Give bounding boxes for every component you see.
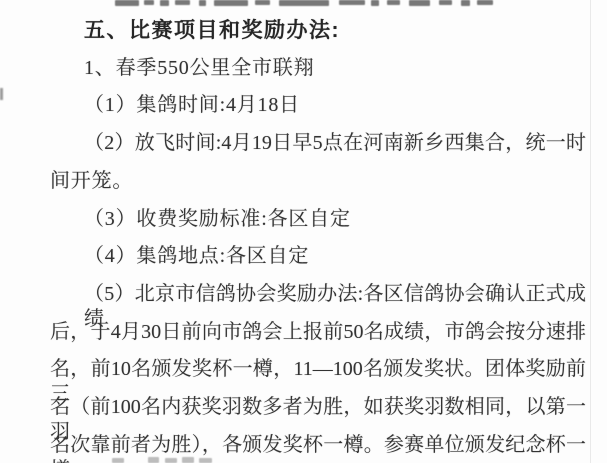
text-fragment [199,0,206,6]
scan-artifact-speck [0,88,3,100]
item-2-continuation: 间开笼。 [50,169,586,195]
item-2-release-time: （2）放飞时间:4月19日早5点在河南新乡西集合，统一时 [50,131,586,157]
text-fragment [214,0,248,6]
text-fragment [477,0,493,5]
race-title-line: 1、春季550公里全市联翔 [50,56,586,82]
item-5-continuation-1: 后，于4月30日前向市鸽会上报前50名成绩，市鸽会按分速排 [50,320,586,346]
text-fragment [175,0,190,5]
item-1-collection-time: （1）集鸽时间:4月18日 [50,93,586,119]
text-fragment [165,458,177,463]
text-fragment [339,0,365,5]
text-fragment [387,0,400,5]
text-fragment [112,458,124,463]
item-5-continuation-2: 名，前10名颁发奖杯一樽，11—100名颁发奖状。团体奖励前三 [50,357,586,383]
item-5-award-rules: （5）北京市信鸽协会奖励办法:各区信鸽协会确认正式成绩 [50,282,586,308]
text-fragment [439,0,452,5]
item-3-fee-standard: （3）收费奖励标准:各区自定 [50,207,586,233]
section-heading: 五、比赛项目和奖励办法: [50,18,586,44]
text-fragment [182,457,194,463]
text-fragment [255,0,270,5]
clipped-next-line-fragments [0,456,607,463]
item-4-collection-place: （4）集鸽地点:各区自定 [50,244,586,270]
scanned-document-page: 五、比赛项目和奖励办法: 1、春季550公里全市联翔 （1）集鸽时间:4月18日… [0,0,607,463]
text-fragment [279,0,329,6]
text-fragment [115,0,139,6]
text-fragment [409,0,430,6]
clipped-previous-line-fragments [0,0,607,9]
text-fragment [371,0,379,6]
text-fragment [160,0,169,6]
scan-edge-line [590,0,591,463]
text-fragment [461,0,470,6]
text-fragment [144,0,154,5]
item-5-continuation-3: 名（前100名内获奖羽数多者为胜，如获奖羽数相同，以第一羽 [50,395,586,421]
text-fragment [199,458,212,463]
text-fragment [148,457,159,463]
